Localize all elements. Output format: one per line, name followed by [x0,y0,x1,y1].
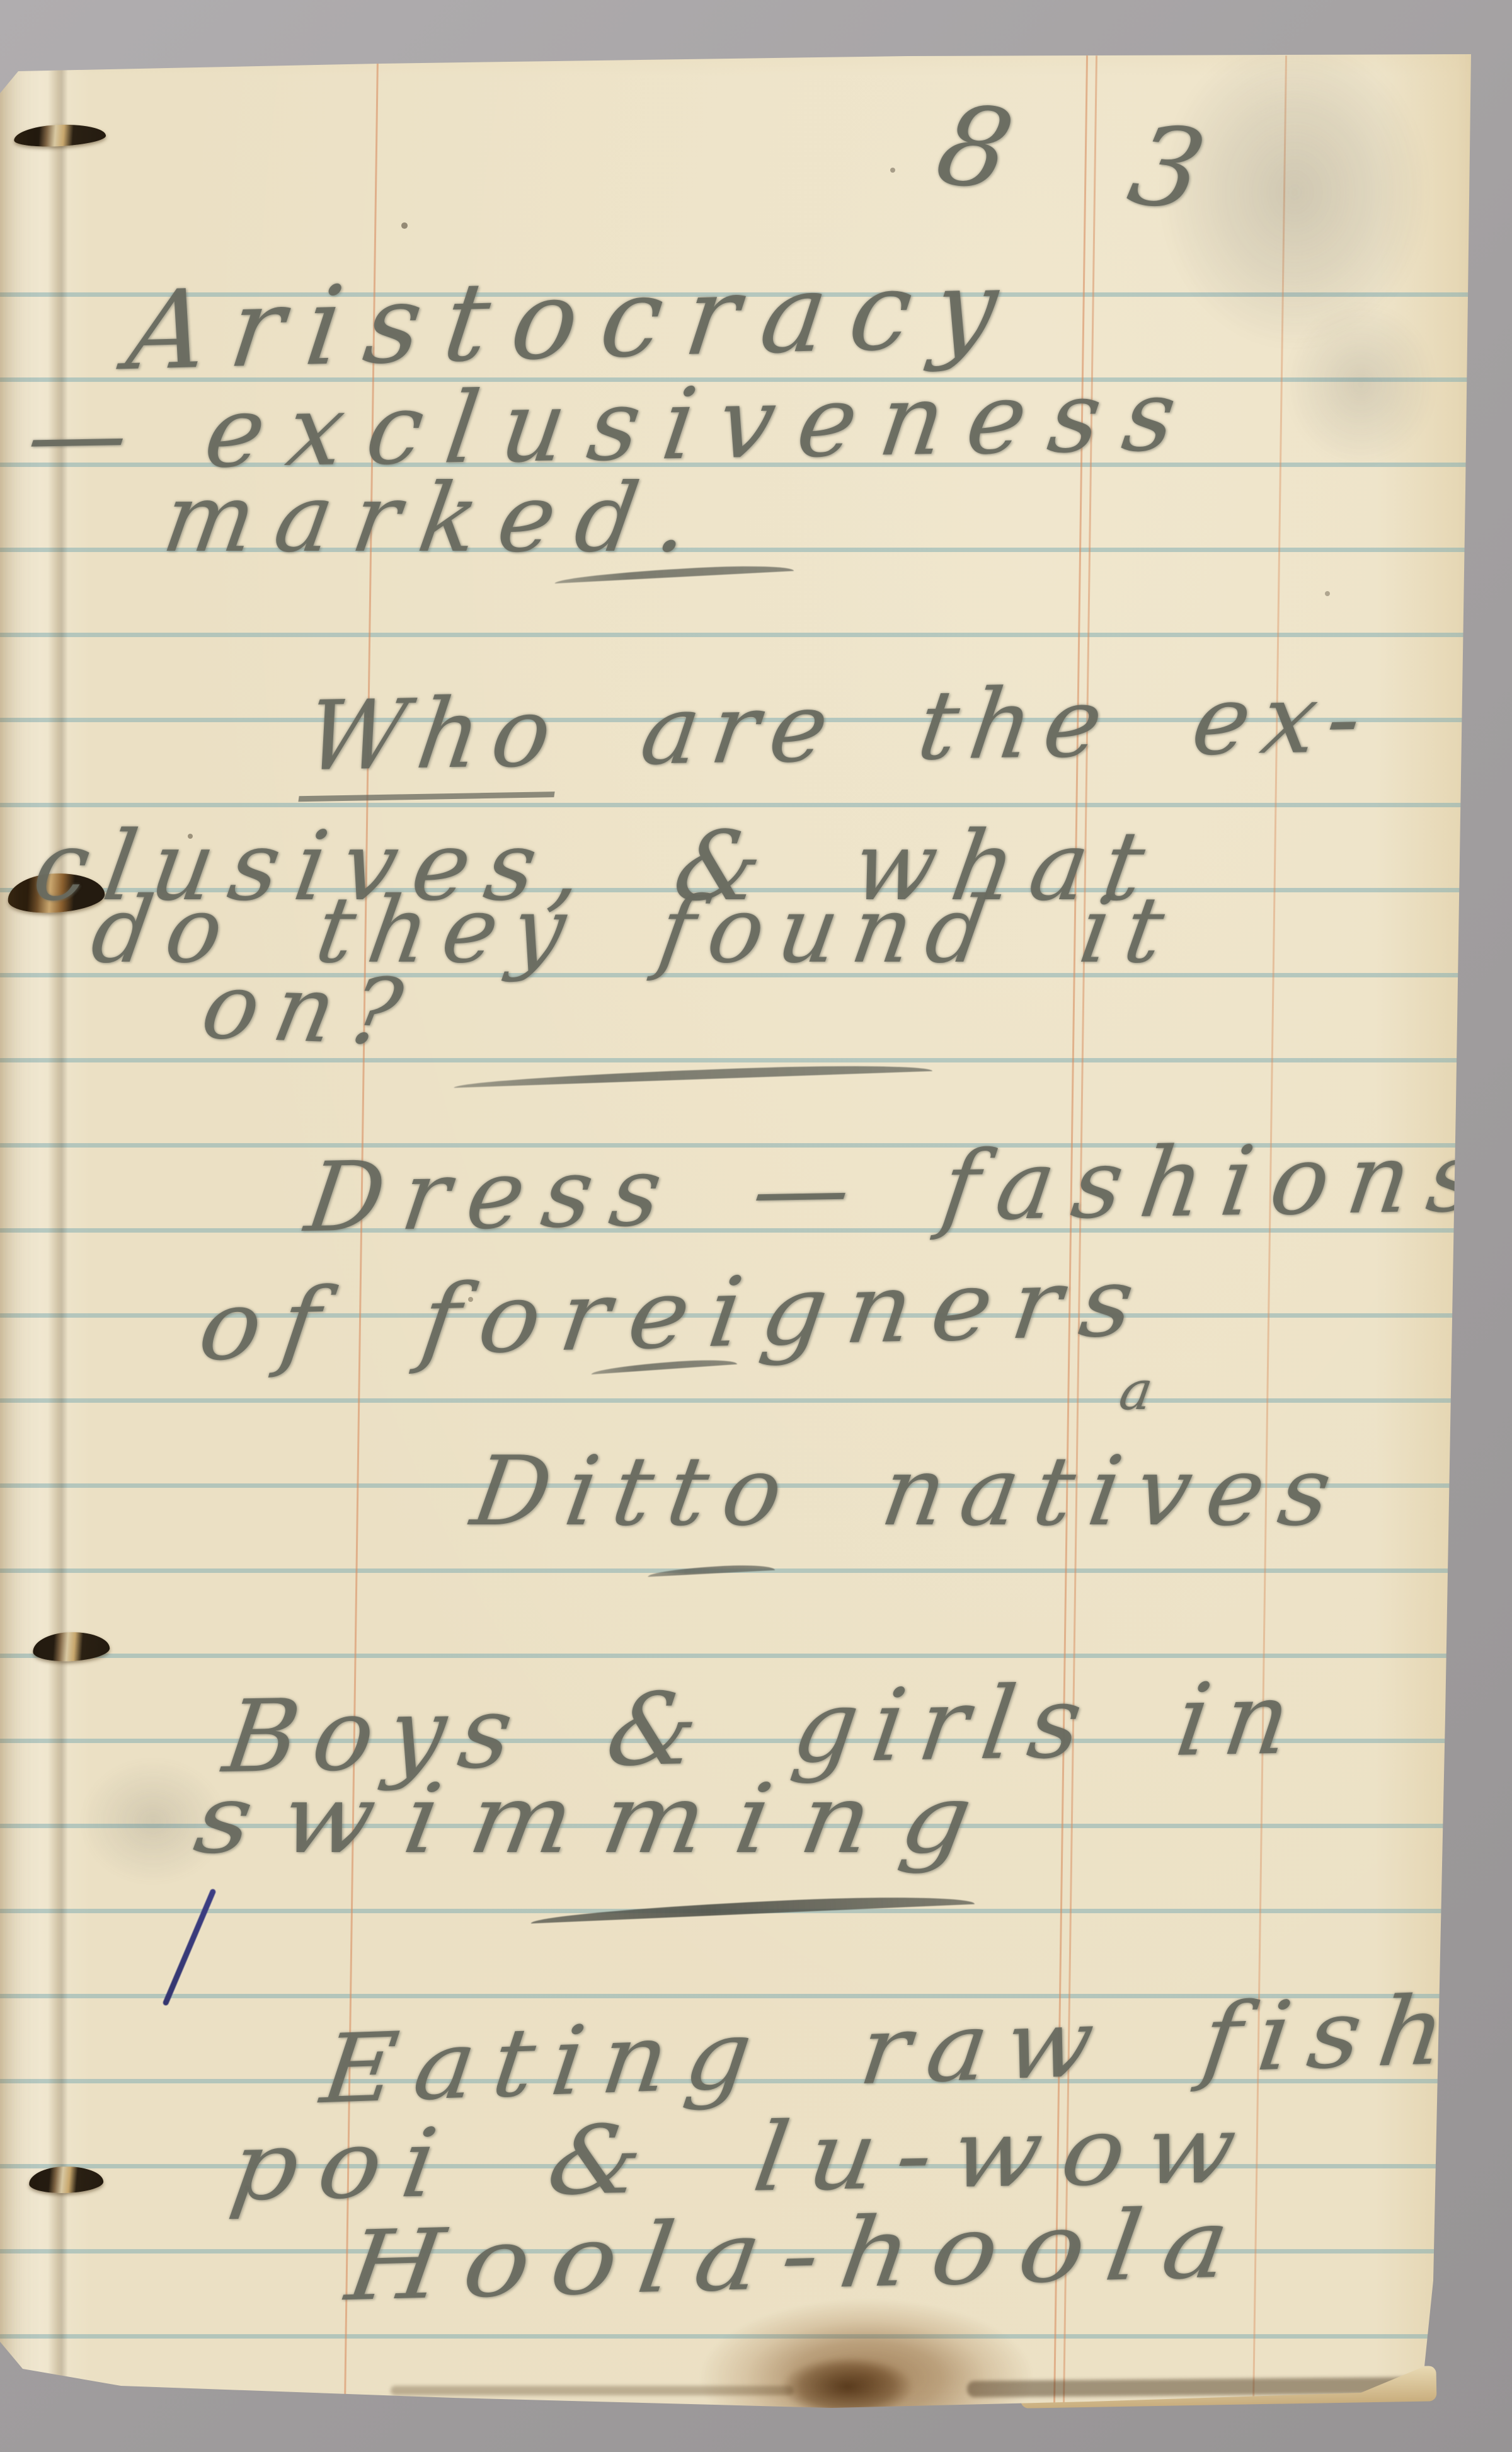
graphite-smudge [1285,302,1436,466]
paper-specks [0,0,3,3]
binding-hole [13,122,106,149]
stain-core [781,2357,913,2417]
handwritten-line: Ditto natives [465,1436,1355,1547]
handwritten-line: swimming [188,1763,1011,1875]
handwritten-line: Who are the ex- [300,662,1381,792]
handwritten-line: Dress — fashions [300,1121,1505,1253]
line-rest: are the ex- [555,662,1380,788]
underlined-word: Who [298,676,571,802]
bottom-edge-smear [391,2386,794,2395]
notebook-page: 8 3 Aristocracy — exclusiveness marked. … [0,0,1512,2452]
handwritten-line: on? [194,953,427,1067]
handwritten-line: marked. [156,464,718,573]
